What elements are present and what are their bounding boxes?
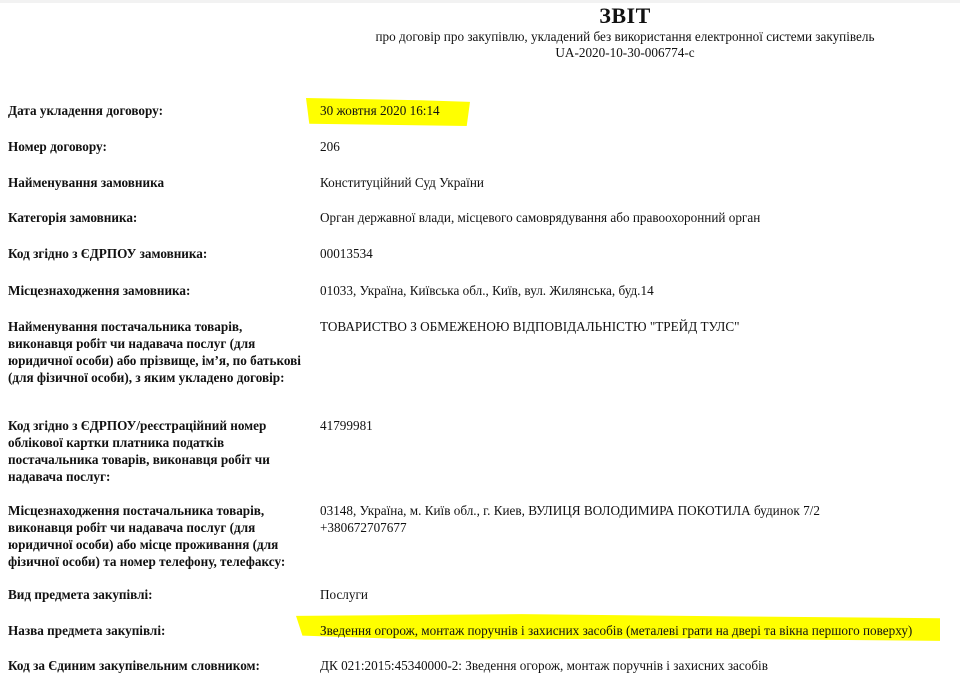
field-label: Категорія замовника:: [8, 209, 308, 226]
field-label: Найменування замовника: [8, 174, 308, 191]
field-label: Назва предмета закупівлі:: [8, 622, 308, 639]
field-label: Код згідно з ЄДРПОУ замовника:: [8, 245, 308, 262]
field-value: Конституційний Суд України: [320, 174, 484, 191]
field-value: Послуги: [320, 586, 368, 603]
field-value: ТОВАРИСТВО З ОБМЕЖЕНОЮ ВІДПОВІДАЛЬНІСТЮ …: [320, 318, 740, 335]
field-label: Дата укладення договору:: [8, 102, 308, 119]
supplier-phone: +380672707677: [320, 520, 407, 535]
report-title: ЗВІТ: [300, 4, 950, 28]
field-value: 30 жовтня 2020 16:14: [320, 102, 440, 119]
field-value: Орган державної влади, місцевого самовря…: [320, 209, 760, 226]
field-label: Найменування постачальника товарів, вико…: [8, 318, 308, 386]
field-label: Номер договору:: [8, 138, 308, 155]
report-header: ЗВІТ про договір про закупівлю, укладени…: [300, 4, 950, 61]
field-label: Вид предмета закупівлі:: [8, 586, 308, 603]
field-value: ДК 021:2015:45340000-2: Зведення огорож,…: [320, 657, 768, 674]
field-value: Зведення огорож, монтаж поручнів і захис…: [320, 622, 912, 639]
report-subtitle: про договір про закупівлю, укладений без…: [300, 29, 950, 45]
field-value: 03148, Україна, м. Київ обл., г. Киев, В…: [320, 502, 820, 536]
field-label: Місцезнаходження замовника:: [8, 282, 308, 299]
field-value: 01033, Україна, Київська обл., Київ, вул…: [320, 282, 654, 299]
field-label: Місцезнаходження постачальника товарів, …: [8, 502, 308, 570]
field-label: Код за Єдиним закупівельним словником:: [8, 657, 308, 674]
top-rule: [0, 0, 960, 3]
field-value: 206: [320, 138, 340, 155]
field-value: 41799981: [320, 417, 373, 434]
report-id: UA-2020-10-30-006774-c: [300, 45, 950, 61]
field-label: Код згідно з ЄДРПОУ/реєстраційний номер …: [8, 417, 308, 485]
field-value: 00013534: [320, 245, 373, 262]
